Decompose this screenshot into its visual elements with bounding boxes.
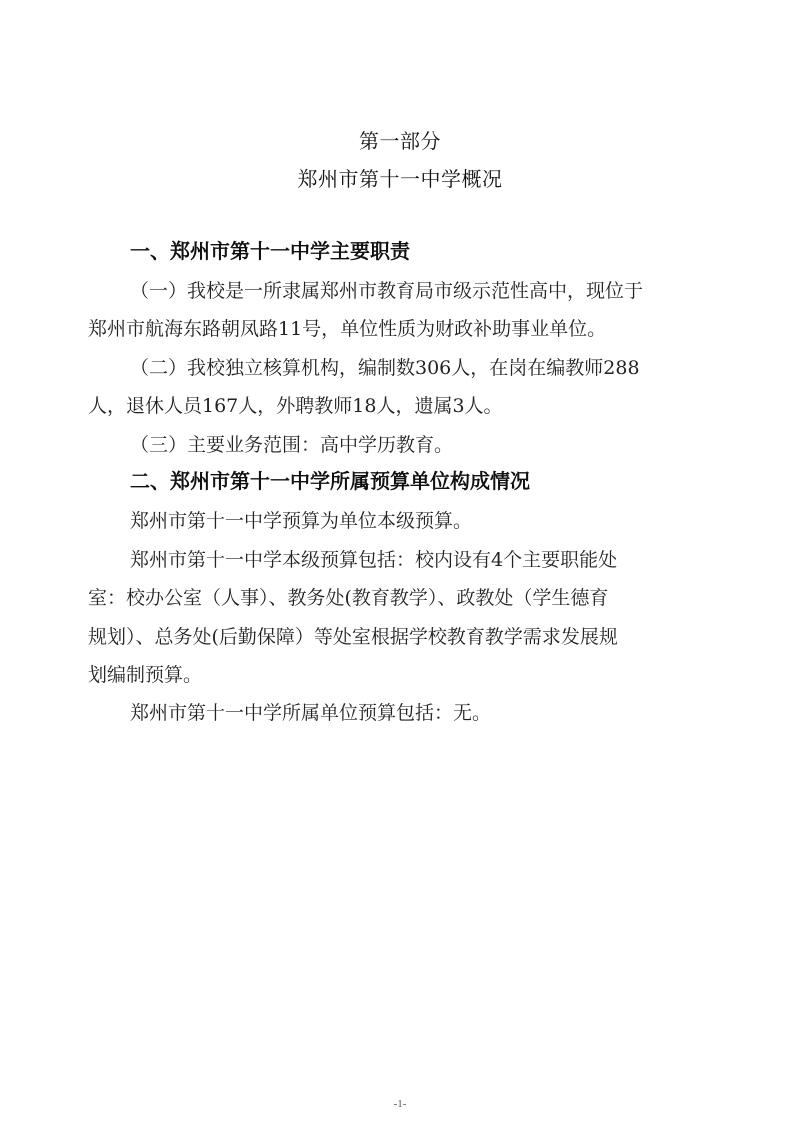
paragraph-line: 规划）、总务处(后勤保障）等处室根据学校教育教学需求发展规 — [88, 622, 618, 649]
section-heading-1: 一、郑州市第十一中学主要职责 — [130, 235, 410, 264]
paragraph-line: 郑州市第十一中学本级预算包括：校内设有4个主要职能处 — [130, 545, 617, 572]
section-heading-2: 二、郑州市第十一中学所属预算单位构成情况 — [130, 465, 530, 494]
paragraph-line: （二）我校独立核算机构，编制数306人，在岗在编教师288 — [130, 353, 640, 380]
paragraph-line: 人，退休人员167人，外聘教师18人，遗属3人。 — [88, 391, 503, 418]
paragraph-line: 划编制预算。 — [88, 660, 202, 687]
document-subtitle: 郑州市第十一中学概况 — [0, 163, 800, 192]
paragraph-line: 郑州市第十一中学所属单位预算包括：无。 — [130, 698, 491, 725]
paragraph-line: 郑州市航海东路朝凤路11号，单位性质为财政补助事业单位。 — [88, 314, 606, 341]
paragraph-line: 室：校办公室（人事）、教务处(教育教学）、政教处（学生德育 — [88, 583, 608, 610]
document-page: 第一部分 郑州市第十一中学概况 一、郑州市第十一中学主要职责 （一）我校是一所隶… — [0, 0, 800, 1132]
page-number: -1- — [0, 1098, 800, 1110]
paragraph-line: （三）主要业务范围：高中学历教育。 — [130, 430, 453, 457]
paragraph-line: （一）我校是一所隶属郑州市教育局市级示范性高中，现位于 — [130, 276, 643, 303]
paragraph-line: 郑州市第十一中学预算为单位本级预算。 — [130, 506, 472, 533]
part-title: 第一部分 — [0, 125, 800, 154]
